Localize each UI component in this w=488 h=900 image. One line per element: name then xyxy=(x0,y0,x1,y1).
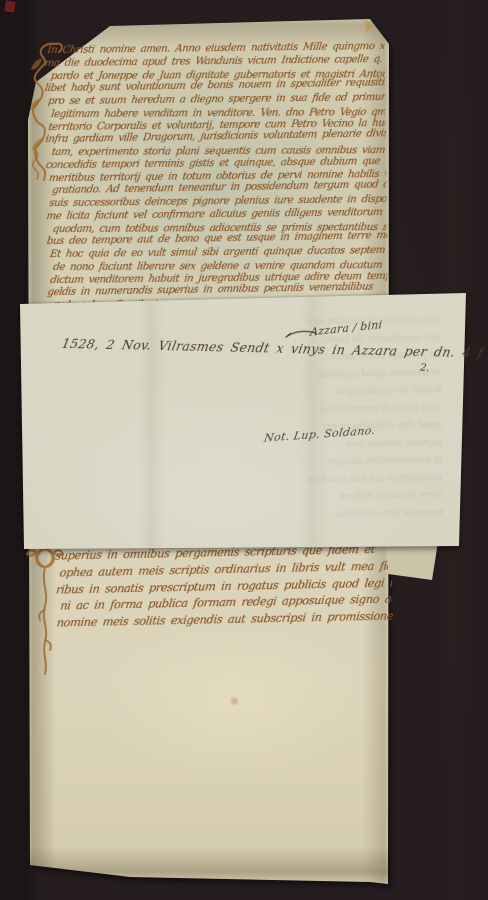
fraction-note: 2. xyxy=(419,362,430,374)
photograph-stage: In Christi nomine amen. Anno eiusdem nat… xyxy=(0,0,488,900)
